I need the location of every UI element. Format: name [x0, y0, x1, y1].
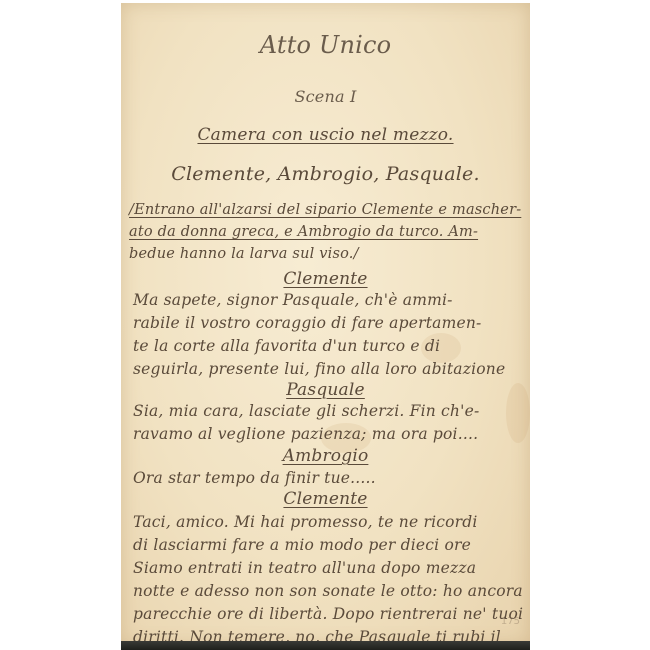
speaker-name: Clemente — [121, 269, 530, 289]
dialogue-line: Ora star tempo da finir tue..... — [121, 469, 542, 487]
dialogue-line: notte e adesso non son sonate le otto: h… — [121, 582, 542, 600]
dialogue-line: Ma sapete, signor Pasquale, ch'è ammi- — [121, 291, 542, 309]
dialogue-line: parecchie ore di libertà. Dopo rientrera… — [121, 605, 542, 623]
dialogue-line: Sia, mia cara, lasciate gli scherzi. Fin… — [121, 402, 542, 420]
act-title: Atto Unico — [121, 31, 530, 59]
speaker-name: Ambrogio — [121, 446, 530, 466]
dialogue-line: Siamo entrati in teatro all'una dopo mez… — [121, 559, 542, 577]
scene-heading: Scena I — [121, 87, 530, 106]
folio-mark: 175 — [501, 616, 520, 627]
dialogue-line: rabile il vostro coraggio di fare aperta… — [121, 314, 542, 332]
page-bottom-edge — [121, 641, 530, 650]
dialogue-line: Taci, amico. Mi hai promesso, te ne rico… — [121, 513, 542, 531]
scene-setting: Camera con uscio nel mezzo. — [121, 125, 530, 145]
character-list: Clemente, Ambrogio, Pasquale. — [121, 163, 530, 185]
manuscript-page: Atto Unico Scena I Camera con uscio nel … — [121, 3, 530, 645]
speaker-name: Clemente — [121, 489, 530, 509]
stage-direction-line: bedue hanno la larva sul viso./ — [121, 246, 538, 262]
stage-direction-line: /Entrano all'alzarsi del sipario Clement… — [121, 202, 538, 218]
dialogue-line: ravamo al veglione pazienza; ma ora poi.… — [121, 425, 542, 443]
speaker-name: Pasquale — [121, 380, 530, 400]
dialogue-line: te la corte alla favorita d'un turco e d… — [121, 337, 542, 355]
stage-direction-line: ato da donna greca, e Ambrogio da turco.… — [121, 224, 538, 240]
dialogue-line: seguirla, presente lui, fino alla loro a… — [121, 360, 542, 378]
dialogue-line: di lasciarmi fare a mio modo per dieci o… — [121, 536, 542, 554]
